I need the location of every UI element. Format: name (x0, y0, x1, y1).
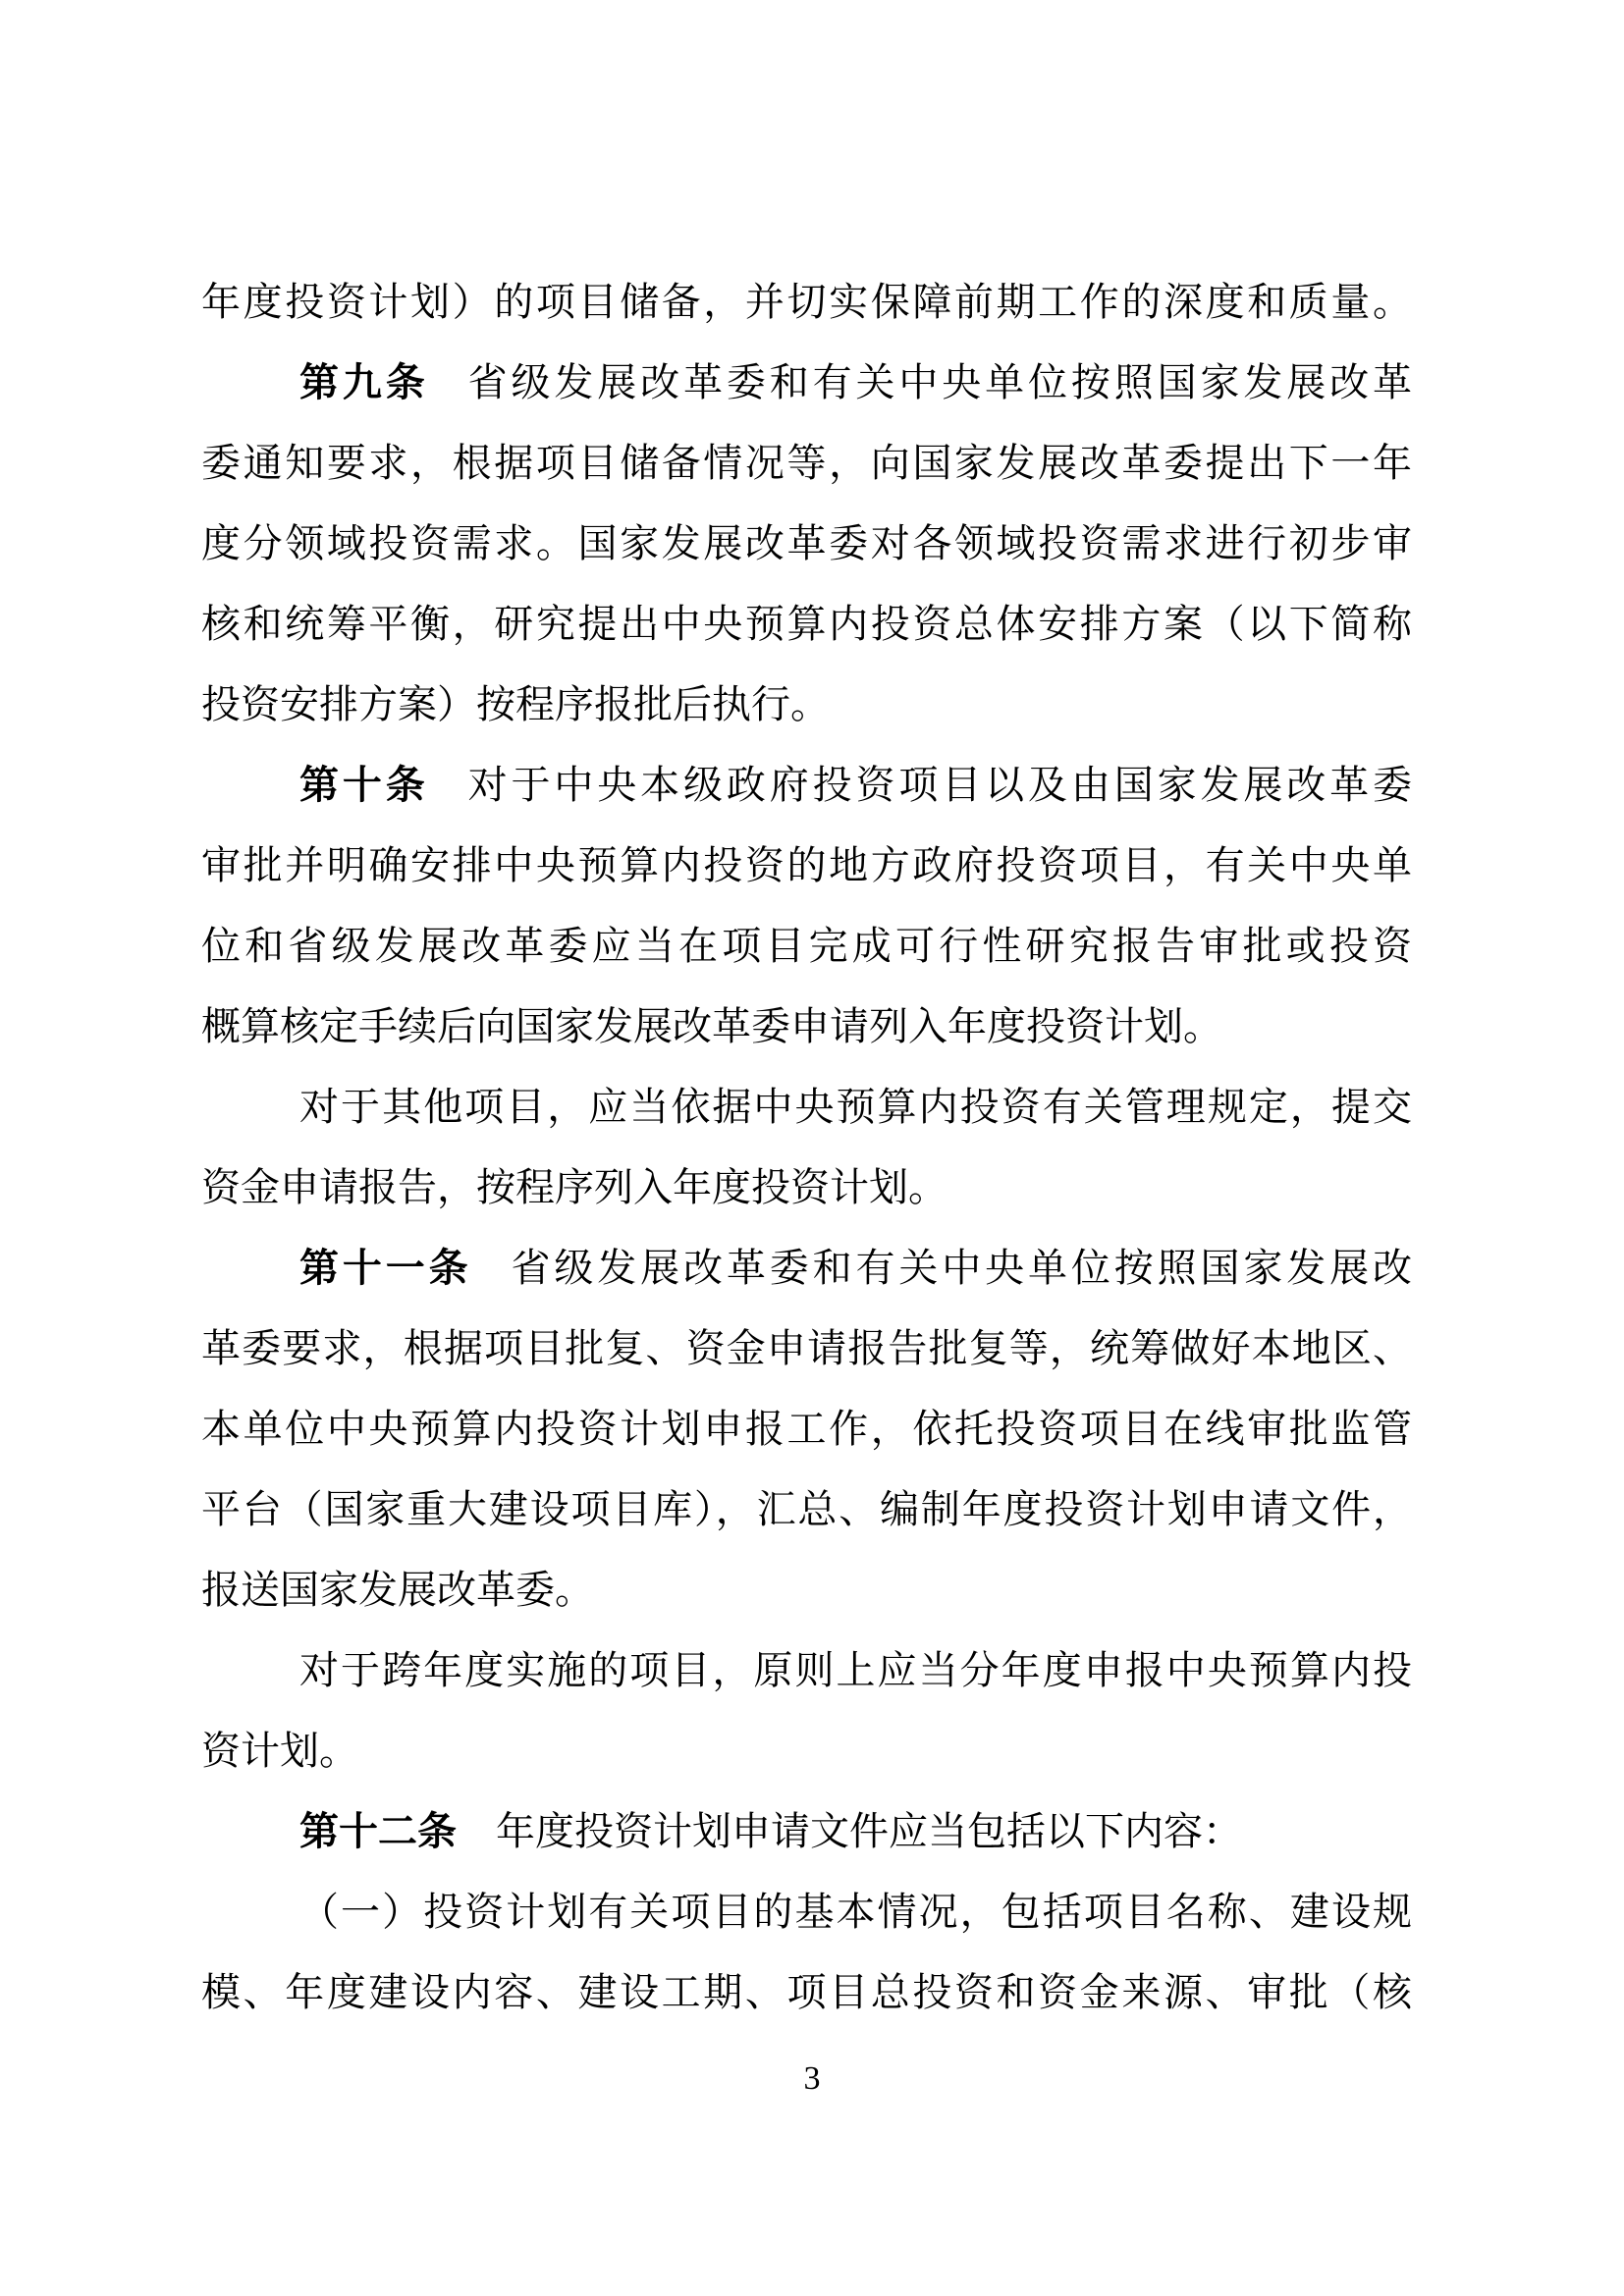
text-line: 第九条省级发展改革委和有关中央单位按照国家发展改革 (201, 343, 1412, 423)
text-line: 审批并明确安排中央预算内投资的地方政府投资项目，有关中央单 (201, 826, 1412, 906)
line-text: 投资安排方案）按程序报批后执行。 (201, 682, 830, 726)
text-line: 委通知要求，根据项目储备情况等，向国家发展改革委提出下一年 (201, 423, 1412, 504)
line-text: 省级发展改革委和有关中央单位按照国家发展改革 (468, 360, 1412, 404)
text-line: 资金申请报告，按程序列入年度投资计划。 (201, 1148, 1412, 1228)
line-text: 资金申请报告，按程序列入年度投资计划。 (201, 1165, 947, 1209)
line-text: 报送国家发展改革委。 (201, 1568, 594, 1612)
line-text: 省级发展改革委和有关中央单位按照国家发展改 (512, 1246, 1413, 1290)
text-line: 投资安排方案）按程序报批后执行。 (201, 665, 1412, 745)
text-line: 革委要求，根据项目批复、资金申请报告批复等，统筹做好本地区、 (201, 1308, 1412, 1389)
text-line: 第十一条省级发展改革委和有关中央单位按照国家发展改 (201, 1228, 1412, 1308)
text-line: 模、年度建设内容、建设工期、项目总投资和资金来源、审批（核 (201, 1952, 1412, 2033)
text-line: 本单位中央预算内投资计划申报工作，依托投资项目在线审批监管 (201, 1389, 1412, 1469)
article-10-heading: 第十条 (299, 764, 429, 807)
line-text: 核和统筹平衡，研究提出中央预算内投资总体安排方案（以下简称 (201, 602, 1412, 646)
text-line: 核和统筹平衡，研究提出中央预算内投资总体安排方案（以下简称 (201, 584, 1412, 665)
line-text: （一）投资计划有关项目的基本情况，包括项目名称、建设规 (299, 1890, 1412, 1934)
line-text: 年度投资计划申请文件应当包括以下内容： (496, 1809, 1242, 1853)
text-line: 年度投资计划）的项目储备，并切实保障前期工作的深度和质量。 (201, 262, 1412, 343)
text-line: 对于跨年度实施的项目，原则上应当分年度申报中央预算内投 (201, 1630, 1412, 1711)
line-text: 委通知要求，根据项目储备情况等，向国家发展改革委提出下一年 (201, 441, 1412, 485)
text-line: 位和省级发展改革委应当在项目完成可行性研究报告审批或投资 (201, 906, 1412, 987)
line-text: 对于其他项目，应当依据中央预算内投资有关管理规定，提交 (299, 1085, 1412, 1129)
text-line: 第十条对于中央本级政府投资项目以及由国家发展改革委 (201, 745, 1412, 826)
line-text: 审批并明确安排中央预算内投资的地方政府投资项目，有关中央单 (201, 843, 1412, 887)
text-line: 报送国家发展改革委。 (201, 1550, 1412, 1630)
page-number: 3 (0, 2057, 1624, 2101)
line-text: 资计划。 (201, 1729, 358, 1773)
line-text: 本单位中央预算内投资计划申报工作，依托投资项目在线审批监管 (201, 1407, 1412, 1451)
text-line: 度分领域投资需求。国家发展改革委对各领域投资需求进行初步审 (201, 504, 1412, 584)
line-text: 对于跨年度实施的项目，原则上应当分年度申报中央预算内投 (299, 1648, 1412, 1692)
line-text: 革委要求，根据项目批复、资金申请报告批复等，统筹做好本地区、 (201, 1326, 1412, 1370)
text-line: 资计划。 (201, 1711, 1412, 1791)
line-text: 平台（国家重大建设项目库），汇总、编制年度投资计划申请文件， (201, 1487, 1412, 1531)
text-line: 平台（国家重大建设项目库），汇总、编制年度投资计划申请文件， (201, 1469, 1412, 1550)
article-9-heading: 第九条 (299, 361, 429, 404)
line-text: 对于中央本级政府投资项目以及由国家发展改革委 (468, 763, 1412, 807)
text-line: （一）投资计划有关项目的基本情况，包括项目名称、建设规 (201, 1872, 1412, 1952)
article-12-heading: 第十二条 (299, 1810, 457, 1853)
text-line: 对于其他项目，应当依据中央预算内投资有关管理规定，提交 (201, 1067, 1412, 1148)
line-text: 年度投资计划）的项目储备，并切实保障前期工作的深度和质量。 (201, 280, 1412, 324)
line-text: 概算核定手续后向国家发展改革委申请列入年度投资计划。 (201, 1004, 1222, 1048)
text-line: 概算核定手续后向国家发展改革委申请列入年度投资计划。 (201, 987, 1412, 1067)
document-text-block: 年度投资计划）的项目储备，并切实保障前期工作的深度和质量。 第九条省级发展改革委… (201, 262, 1412, 2033)
line-text: 度分领域投资需求。国家发展改革委对各领域投资需求进行初步审 (201, 521, 1412, 565)
line-text: 位和省级发展改革委应当在项目完成可行性研究报告审批或投资 (201, 924, 1412, 968)
text-line: 第十二条年度投资计划申请文件应当包括以下内容： (201, 1791, 1412, 1872)
line-text: 模、年度建设内容、建设工期、项目总投资和资金来源、审批（核 (201, 1970, 1412, 2014)
document-page: 年度投资计划）的项目储备，并切实保障前期工作的深度和质量。 第九条省级发展改革委… (0, 0, 1624, 2296)
article-11-heading: 第十一条 (299, 1247, 472, 1290)
